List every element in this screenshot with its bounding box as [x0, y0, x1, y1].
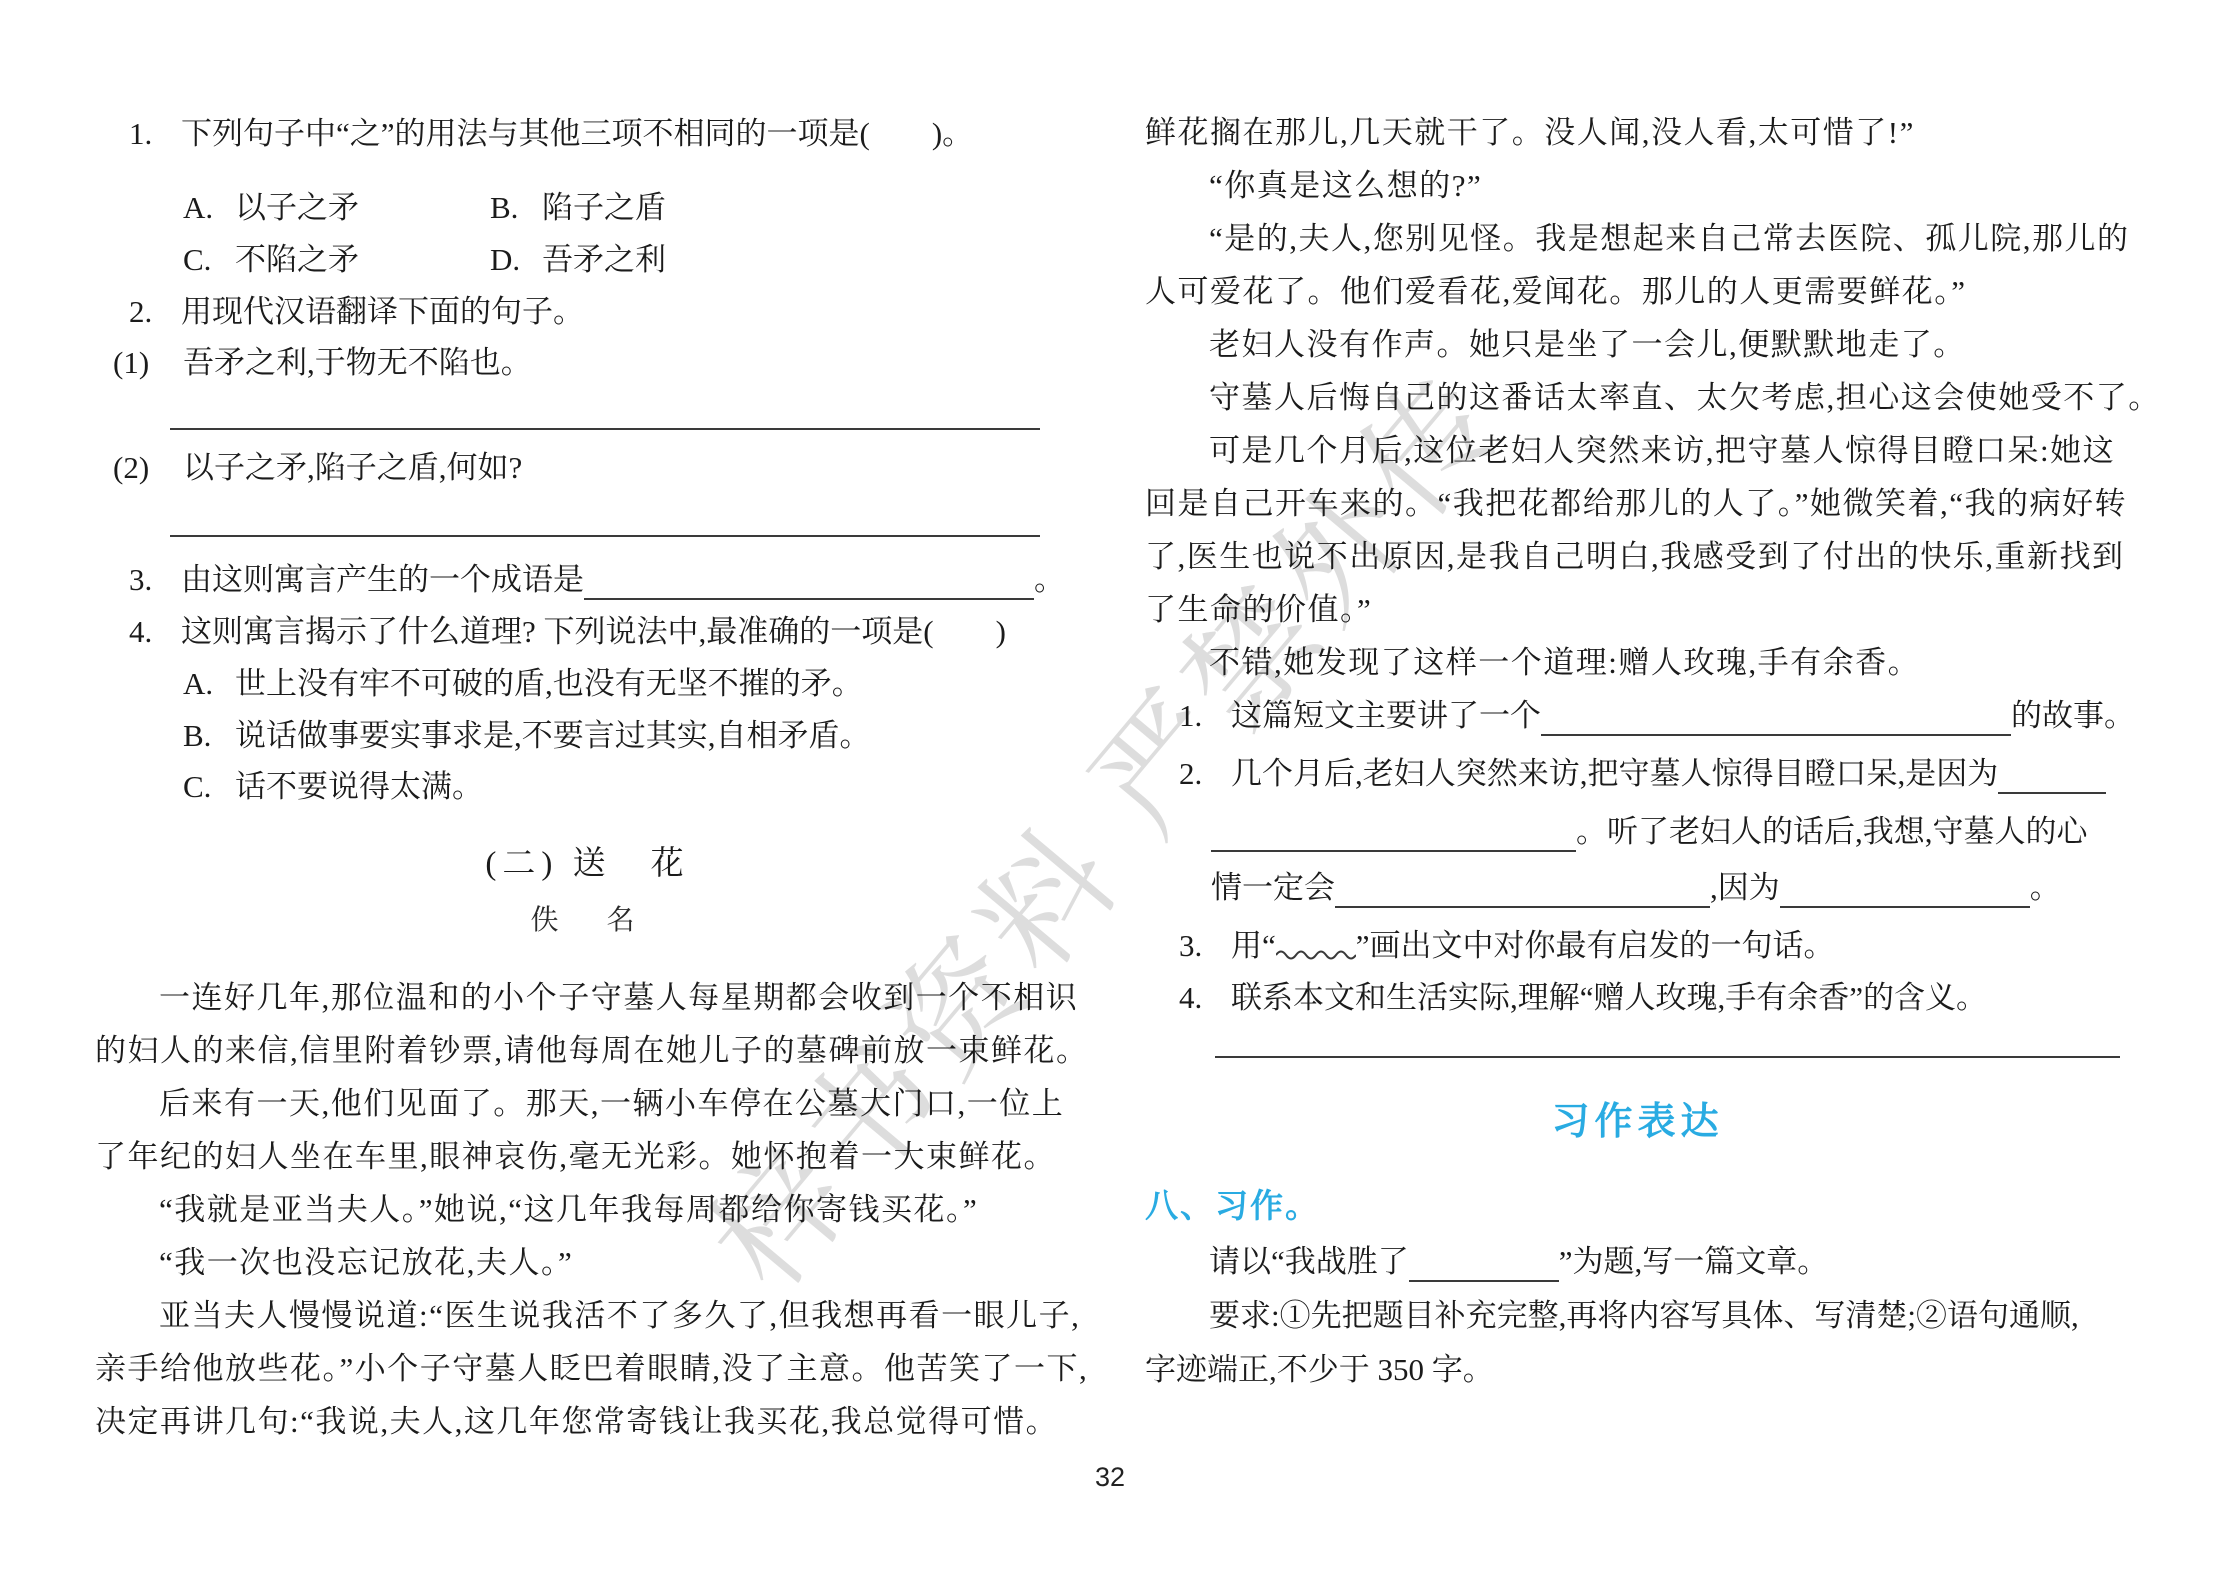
option-d-text: 吾矛之利 — [542, 242, 666, 277]
question-4: 4.这则寓言揭示了什么道理? 下列说法中,最准确的一项是( ) — [95, 606, 1114, 658]
options-row-ab: A.以子之矛 B.陷子之盾 — [95, 182, 1168, 234]
option-a-label: A. — [183, 182, 235, 234]
section-title-writing: 习作表达 — [1145, 1096, 2130, 1148]
option-d: D.吾矛之利 — [490, 234, 666, 286]
option-b-label: B. — [183, 710, 235, 762]
options-row-cd: C.不陷之矛 D.吾矛之利 — [95, 234, 1168, 286]
passage-line: 了生命的价值。” — [1145, 583, 2130, 636]
passage-line: “你真是这么想的?” — [1145, 159, 2194, 212]
passage-line: 守墓人后悔自己的这番话太率直、太欠考虑,担心这会使她受不了。 — [1145, 371, 2194, 424]
passage-line: 老妇人没有作声。她只是坐了一会儿,便默默地走了。 — [1145, 318, 2194, 371]
question-text: 这篇短文主要讲了一个 — [1231, 698, 1541, 733]
option-a-text: 以子之矛 — [235, 190, 359, 225]
passage-line: “我一次也没忘记放花,夫人。” — [95, 1236, 1144, 1289]
reading-author: 佚 名 — [95, 897, 1080, 945]
reading-question-2-line-1: 2.几个月后,老妇人突然来访,把守墓人惊得目瞪口呆,是因为 — [1145, 748, 2164, 800]
reading-question-3: 3.用“”画出文中对你最有启发的一句话。 — [1145, 920, 2164, 972]
question-text: 。 — [2030, 870, 2061, 905]
writing-task-line-2: 要求:①先把题目补充完整,再将内容写具体、写清楚;②语句通顺, — [1145, 1290, 2194, 1342]
fill-in-blank — [1409, 1250, 1559, 1282]
option-b-text: 说话做事要实事求是,不要言过其实,自相矛盾。 — [235, 718, 871, 753]
question-2: 2.用现代汉语翻译下面的句子。 — [95, 286, 1114, 338]
question-text: 的故事。 — [2011, 698, 2135, 733]
passage-line: 不错,她发现了这样一个道理:赠人玫瑰,手有余香。 — [1145, 636, 2194, 689]
question-text: 下列句子中“之”的用法与其他三项不相同的一项是( )。 — [181, 116, 973, 151]
fill-in-blank — [1211, 820, 1576, 852]
question-text: 这则寓言揭示了什么道理? 下列说法中,最准确的一项是( ) — [181, 614, 1006, 649]
question-3: 3.由这则寓言产生的一个成语是。 — [95, 554, 1114, 606]
passage-line: “是的,夫人,您别见怪。我是想起来自己常去医院、孤儿院,那儿的 — [1145, 212, 2194, 265]
answer-line — [170, 535, 1040, 537]
option-a-label: A. — [183, 658, 235, 710]
question-text: 几个月后,老妇人突然来访,把守墓人惊得目瞪口呆,是因为 — [1231, 756, 1998, 791]
option-c-label: C. — [183, 761, 235, 813]
writing-task-line-1: 请以“我战胜了”为题,写一篇文章。 — [1145, 1236, 2194, 1288]
question-number: 3. — [129, 554, 181, 606]
sub-text: 吾矛之利,于物无不陷也。 — [183, 345, 532, 380]
sub-number: (1) — [113, 337, 183, 389]
fill-in-blank — [1335, 876, 1710, 908]
task-text: 请以“我战胜了 — [1209, 1244, 1409, 1279]
reading-question-2-line-3: 情一定会,因为。 — [1145, 862, 2196, 914]
reading-question-2-line-2: 。听了老妇人的话后,我想,守墓人的心 — [1145, 806, 2196, 858]
writing-task-line-3: 字迹端正,不少于 350 字。 — [1145, 1344, 2130, 1396]
q4-option-b: B.说话做事要实事求是,不要言过其实,自相矛盾。 — [95, 710, 1168, 762]
page-number: 32 — [0, 1462, 2220, 1493]
q4-option-a: A.世上没有牢不可破的盾,也没有无坚不摧的矛。 — [95, 658, 1168, 710]
question-2-sub-2: (2)以子之矛,陷子之盾,何如? — [95, 442, 1098, 494]
passage-line: 后来有一天,他们见面了。那天,一辆小车停在公墓大门口,一位上 — [95, 1077, 1144, 1130]
question-text: ”画出文中对你最有启发的一句话。 — [1356, 928, 1835, 963]
question-2-sub-1: (1)吾矛之利,于物无不陷也。 — [95, 337, 1098, 389]
question-text: 由这则寓言产生的一个成语是 — [181, 562, 584, 597]
answer-line — [170, 428, 1040, 430]
question-1: 1.下列句子中“之”的用法与其他三项不相同的一项是( )。 — [95, 108, 1114, 160]
passage-line: 了年纪的妇人坐在车里,眼神哀伤,毫无光彩。她怀抱着一大束鲜花。 — [95, 1130, 1080, 1183]
option-a-text: 世上没有牢不可破的盾,也没有无坚不摧的矛。 — [235, 666, 863, 701]
question-text: ,因为 — [1710, 870, 1780, 905]
fill-in-blank — [584, 568, 1034, 600]
wavy-line-mark — [1276, 924, 1356, 976]
question-number: 1. — [1179, 690, 1231, 742]
passage-line: “我就是亚当夫人。”她说,“这几年我每周都给你寄钱买花。” — [95, 1183, 1144, 1236]
question-number: 2. — [1179, 748, 1231, 800]
passage-line: 可是几个月后,这位老妇人突然来访,把守墓人惊得目瞪口呆:她这 — [1145, 424, 2194, 477]
passage-line: 亚当夫人慢慢说道:“医生说我活不了多久了,但我想再看一眼儿子, — [95, 1289, 1144, 1342]
question-number: 3. — [1179, 920, 1231, 972]
worksheet-page: 梓书资料 严禁外传 1.下列句子中“之”的用法与其他三项不相同的一项是( )。 … — [0, 0, 2220, 1571]
question-number: 1. — [129, 108, 181, 160]
fill-in-blank — [1541, 704, 2011, 736]
right-column: 鲜花搁在那儿,几天就干了。没人闻,没人看,太可惜了!” “你真是这么想的?” “… — [1145, 0, 2130, 1571]
option-b: B.陷子之盾 — [490, 182, 666, 234]
reading-question-1: 1.这篇短文主要讲了一个的故事。 — [1145, 690, 2164, 742]
question-number: 4. — [129, 606, 181, 658]
question-text: 情一定会 — [1211, 870, 1335, 905]
question-period: 。 — [1034, 562, 1065, 597]
question-text: 联系本文和生活实际,理解“赠人玫瑰,手有余香”的含义。 — [1231, 980, 1987, 1015]
option-c-text: 不陷之矛 — [235, 242, 359, 277]
task-text: ”为题,写一篇文章。 — [1559, 1244, 1829, 1279]
option-c-text: 话不要说得太满。 — [235, 769, 483, 804]
passage-line: 亲手给他放些花。”小个子守墓人眨巴着眼睛,没了主意。他苦笑了一下, — [95, 1342, 1080, 1395]
answer-line — [1215, 1056, 2120, 1058]
passage-line: 人可爱花了。他们爱看花,爱闻花。那儿的人更需要鲜花。” — [1145, 265, 2130, 318]
question-text: 用“ — [1231, 928, 1276, 963]
passage-line: 回是自己开车来的。“我把花都给那儿的人了。”她微笑着,“我的病好转 — [1145, 477, 2130, 530]
question-text: 用现代汉语翻译下面的句子。 — [181, 294, 584, 329]
passage-line: 的妇人的来信,信里附着钞票,请他每周在她儿子的墓碑前放一束鲜花。 — [95, 1024, 1080, 1077]
question-text: 。听了老妇人的话后,我想,守墓人的心 — [1576, 814, 2088, 849]
reading-question-4: 4.联系本文和生活实际,理解“赠人玫瑰,手有余香”的含义。 — [1145, 972, 2164, 1024]
option-b-label: B. — [490, 182, 542, 234]
q4-option-c: C.话不要说得太满。 — [95, 761, 1168, 813]
task-text: 字迹端正,不少于 350 字。 — [1145, 1352, 1494, 1387]
option-b-text: 陷子之盾 — [542, 190, 666, 225]
sub-number: (2) — [113, 442, 183, 494]
passage-line: 了,医生也说不出原因,是我自己明白,我感受到了付出的快乐,重新找到 — [1145, 530, 2130, 583]
option-d-label: D. — [490, 234, 542, 286]
fill-in-blank — [1998, 762, 2106, 794]
task-text: 要求:①先把题目补充完整,再将内容写具体、写清楚;②语句通顺, — [1209, 1298, 2079, 1333]
option-c-label: C. — [183, 234, 235, 286]
fill-in-blank — [1780, 876, 2030, 908]
question-number: 4. — [1179, 972, 1231, 1024]
left-column: 1.下列句子中“之”的用法与其他三项不相同的一项是( )。 A.以子之矛 B.陷… — [95, 0, 1080, 1571]
reading-title: (二) 送 花 — [95, 838, 1080, 890]
passage-line: 决定再讲几句:“我说,夫人,这几年您常寄钱让我买花,我总觉得可惜。 — [95, 1395, 1080, 1448]
writing-task-heading: 八、习作。 — [1145, 1180, 1320, 1232]
question-number: 2. — [129, 286, 181, 338]
sub-text: 以子之矛,陷子之盾,何如? — [183, 450, 522, 485]
passage-line: 一连好几年,那位温和的小个子守墓人每星期都会收到一个不相识 — [95, 971, 1144, 1024]
passage-line: 鲜花搁在那儿,几天就干了。没人闻,没人看,太可惜了!” — [1145, 106, 2130, 159]
